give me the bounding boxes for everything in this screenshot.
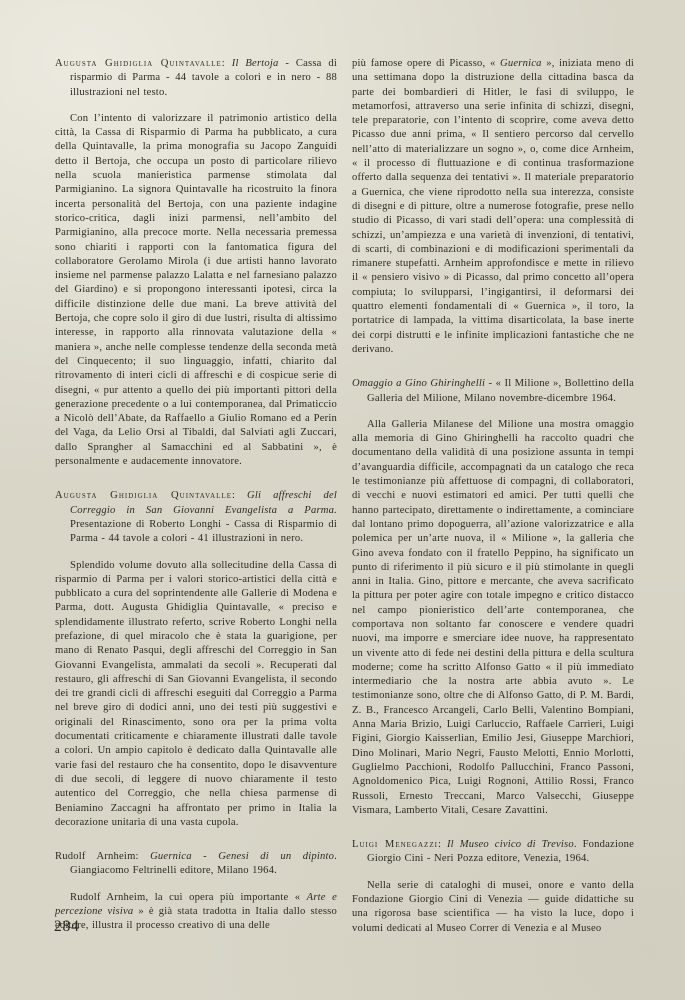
author-name: Luigi Menegazzi <box>352 839 438 850</box>
text-run: : <box>438 839 447 850</box>
work-title: Guernica <box>500 58 542 69</box>
bibliography-entry: Omaggio a Gino Ghiringhelli - « Il Milio… <box>352 377 634 406</box>
text-run: : <box>222 58 232 69</box>
author-name: Augusta Ghidiglia Quintavalle <box>55 490 232 501</box>
right-text-column: più famose opere di Picasso, « Guernica … <box>352 57 634 1000</box>
text-run: », iniziata meno di una settimana dopo l… <box>352 58 634 355</box>
left-text-column: Augusta Ghidiglia Quintavalle: Il Bertoj… <box>55 57 337 1000</box>
body-paragraph: Alla Galleria Milanese del Milione una m… <box>352 418 634 818</box>
text-run: Splendido volume dovuto alla sollecitudi… <box>55 560 337 828</box>
work-title: Il Bertoja <box>232 58 279 69</box>
work-title: Il Museo civico di Treviso <box>447 839 574 850</box>
bibliography-entry: Rudolf Arnheim: Guernica - Genesi di un … <box>55 850 337 879</box>
text-run: Presentazione di Roberto Longhi - Cassa … <box>70 519 337 544</box>
author-name: Augusta Ghidiglia Quintavalle <box>55 58 222 69</box>
page-number: 284 <box>54 918 80 936</box>
bibliography-entry: Augusta Ghidiglia Quintavalle: Gli affre… <box>55 489 337 546</box>
body-paragraph: Rudolf Arnheim, la cui opera più importa… <box>55 891 337 934</box>
work-title: Omaggio a Gino Ghiringhelli <box>352 378 485 389</box>
bibliography-entry: Augusta Ghidiglia Quintavalle: Il Bertoj… <box>55 57 337 100</box>
body-paragraph: Splendido volume dovuto alla sollecitudi… <box>55 559 337 831</box>
scanned-book-page: { "page": { "number": "284", "columns": … <box>0 0 685 1000</box>
text-run: più famose opere di Picasso, « <box>352 58 500 69</box>
text-run: Con l’intento di valorizzare il patrimon… <box>55 113 337 467</box>
body-paragraph: Con l’intento di valorizzare il patrimon… <box>55 112 337 469</box>
body-paragraph: più famose opere di Picasso, « Guernica … <box>352 57 634 357</box>
text-run: : <box>232 490 247 501</box>
book-page: Augusta Ghidiglia Quintavalle: Il Bertoj… <box>0 0 685 1000</box>
bibliography-entry: Luigi Menegazzi: Il Museo civico di Trev… <box>352 838 634 867</box>
text-run: Alla Galleria Milanese del Milione una m… <box>352 419 634 816</box>
text-run: Rudolf Arnheim: <box>55 851 150 862</box>
text-run: Nella serie di cataloghi di musei, onore… <box>352 880 634 934</box>
text-run: Rudolf Arnheim, la cui opera più importa… <box>70 892 307 903</box>
work-title: Guernica - Genesi di un dipinto <box>150 851 334 862</box>
body-paragraph: Nella serie di cataloghi di musei, onore… <box>352 879 634 936</box>
